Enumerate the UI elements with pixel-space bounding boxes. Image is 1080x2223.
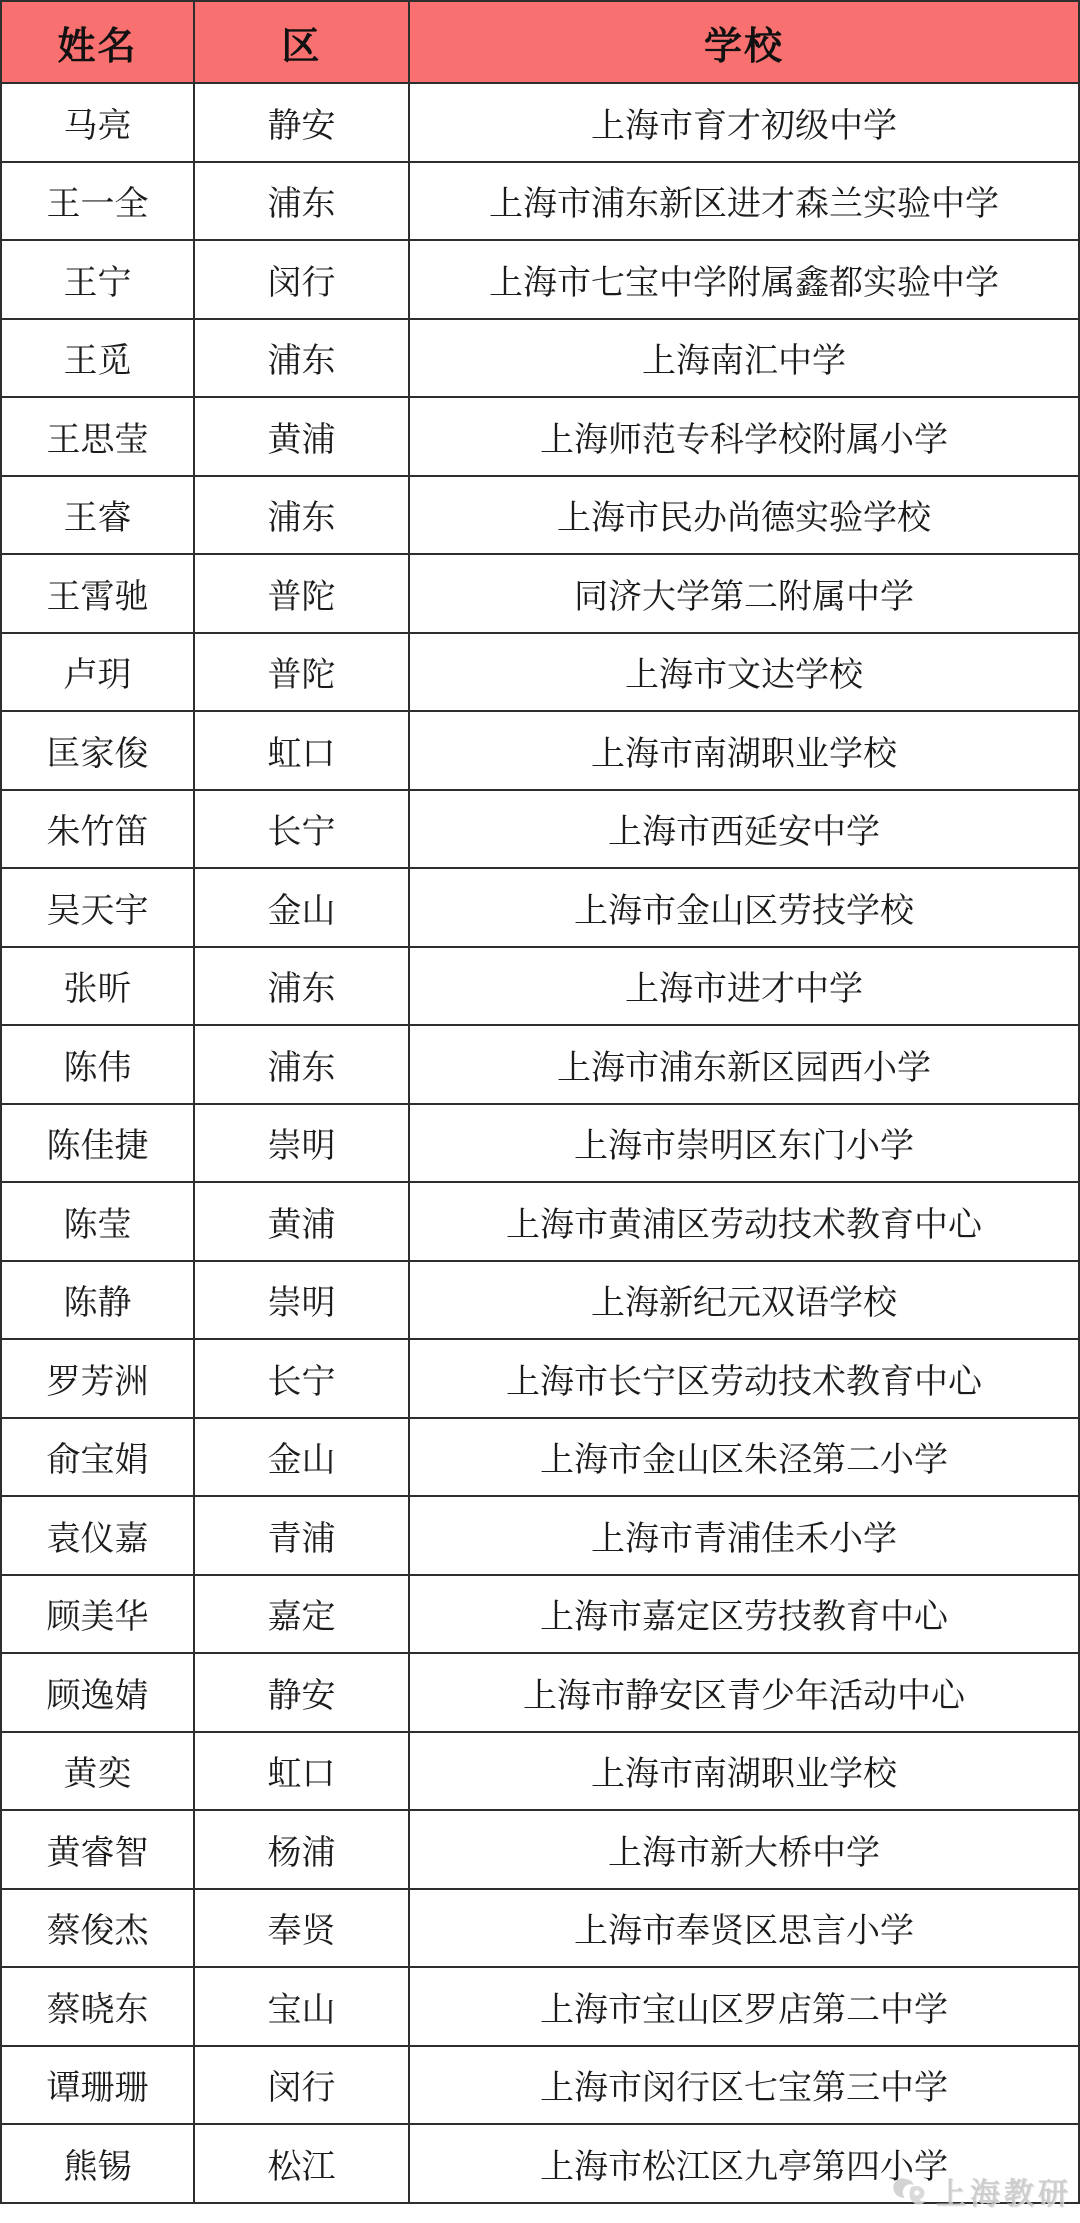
school-cell: 上海市奉贤区思言小学 — [409, 1889, 1079, 1968]
name-cell: 蔡俊杰 — [1, 1889, 194, 1968]
school-cell: 上海市闵行区七宝第三中学 — [409, 2046, 1079, 2125]
district-cell: 虹口 — [194, 1732, 409, 1811]
table-row: 吴天宇金山上海市金山区劳技学校 — [1, 868, 1079, 947]
table-row: 罗芳洲长宁上海市长宁区劳动技术教育中心 — [1, 1339, 1079, 1418]
table-row: 王一全浦东上海市浦东新区进才森兰实验中学 — [1, 162, 1079, 241]
district-cell: 黄浦 — [194, 397, 409, 476]
name-cell: 黄奕 — [1, 1732, 194, 1811]
table-header: 姓名 区 学校 — [1, 1, 1079, 83]
school-cell: 上海市西延安中学 — [409, 790, 1079, 869]
district-cell: 长宁 — [194, 790, 409, 869]
district-cell: 普陀 — [194, 554, 409, 633]
school-cell: 上海新纪元双语学校 — [409, 1261, 1079, 1340]
district-cell: 静安 — [194, 1653, 409, 1732]
column-header-school: 学校 — [409, 1, 1079, 83]
school-cell: 上海师范专科学校附属小学 — [409, 397, 1079, 476]
school-cell: 上海市松江区九亭第四小学 — [409, 2124, 1079, 2203]
school-cell: 上海市新大桥中学 — [409, 1810, 1079, 1889]
roster-table: 姓名 区 学校 马亮静安上海市育才初级中学王一全浦东上海市浦东新区进才森兰实验中… — [0, 0, 1080, 2204]
table-row: 匡家俊虹口上海市南湖职业学校 — [1, 711, 1079, 790]
district-cell: 浦东 — [194, 947, 409, 1026]
district-cell: 黄浦 — [194, 1182, 409, 1261]
school-cell: 上海市金山区劳技学校 — [409, 868, 1079, 947]
table-row: 卢玥普陀上海市文达学校 — [1, 633, 1079, 712]
table-row: 陈莹黄浦上海市黄浦区劳动技术教育中心 — [1, 1182, 1079, 1261]
school-cell: 上海市金山区朱泾第二小学 — [409, 1418, 1079, 1497]
header-row: 姓名 区 学校 — [1, 1, 1079, 83]
district-cell: 松江 — [194, 2124, 409, 2203]
school-cell: 上海市南湖职业学校 — [409, 1732, 1079, 1811]
district-cell: 青浦 — [194, 1496, 409, 1575]
district-cell: 闵行 — [194, 2046, 409, 2125]
district-cell: 闵行 — [194, 240, 409, 319]
name-cell: 王霄驰 — [1, 554, 194, 633]
table-row: 朱竹笛长宁上海市西延安中学 — [1, 790, 1079, 869]
name-cell: 王睿 — [1, 476, 194, 555]
name-cell: 王宁 — [1, 240, 194, 319]
name-cell: 匡家俊 — [1, 711, 194, 790]
name-cell: 顾美华 — [1, 1575, 194, 1654]
name-cell: 熊锡 — [1, 2124, 194, 2203]
table-row: 谭珊珊闵行上海市闵行区七宝第三中学 — [1, 2046, 1079, 2125]
district-cell: 崇明 — [194, 1261, 409, 1340]
table-row: 顾美华嘉定上海市嘉定区劳技教育中心 — [1, 1575, 1079, 1654]
school-cell: 上海市浦东新区园西小学 — [409, 1025, 1079, 1104]
district-cell: 嘉定 — [194, 1575, 409, 1654]
district-cell: 浦东 — [194, 1025, 409, 1104]
district-cell: 金山 — [194, 868, 409, 947]
district-cell: 奉贤 — [194, 1889, 409, 1968]
name-cell: 王一全 — [1, 162, 194, 241]
school-cell: 上海南汇中学 — [409, 319, 1079, 398]
school-cell: 上海市青浦佳禾小学 — [409, 1496, 1079, 1575]
school-cell: 上海市育才初级中学 — [409, 83, 1079, 162]
table-row: 蔡俊杰奉贤上海市奉贤区思言小学 — [1, 1889, 1079, 1968]
district-cell: 宝山 — [194, 1967, 409, 2046]
school-cell: 上海市黄浦区劳动技术教育中心 — [409, 1182, 1079, 1261]
table-row: 陈静崇明上海新纪元双语学校 — [1, 1261, 1079, 1340]
district-cell: 普陀 — [194, 633, 409, 712]
school-cell: 上海市南湖职业学校 — [409, 711, 1079, 790]
district-cell: 静安 — [194, 83, 409, 162]
table-row: 王思莹黄浦上海师范专科学校附属小学 — [1, 397, 1079, 476]
school-cell: 上海市七宝中学附属鑫都实验中学 — [409, 240, 1079, 319]
table-row: 熊锡松江上海市松江区九亭第四小学 — [1, 2124, 1079, 2203]
school-cell: 上海市静安区青少年活动中心 — [409, 1653, 1079, 1732]
name-cell: 陈静 — [1, 1261, 194, 1340]
name-cell: 顾逸婧 — [1, 1653, 194, 1732]
school-cell: 上海市崇明区东门小学 — [409, 1104, 1079, 1183]
district-cell: 杨浦 — [194, 1810, 409, 1889]
table-row: 马亮静安上海市育才初级中学 — [1, 83, 1079, 162]
name-cell: 王思莹 — [1, 397, 194, 476]
name-cell: 俞宝娟 — [1, 1418, 194, 1497]
school-cell: 上海市民办尚德实验学校 — [409, 476, 1079, 555]
name-cell: 吴天宇 — [1, 868, 194, 947]
name-cell: 袁仪嘉 — [1, 1496, 194, 1575]
name-cell: 陈莹 — [1, 1182, 194, 1261]
school-cell: 上海市文达学校 — [409, 633, 1079, 712]
school-cell: 上海市长宁区劳动技术教育中心 — [409, 1339, 1079, 1418]
district-cell: 金山 — [194, 1418, 409, 1497]
table-row: 陈佳捷崇明上海市崇明区东门小学 — [1, 1104, 1079, 1183]
table-row: 王睿浦东上海市民办尚德实验学校 — [1, 476, 1079, 555]
name-cell: 王觅 — [1, 319, 194, 398]
column-header-district: 区 — [194, 1, 409, 83]
school-cell: 上海市进才中学 — [409, 947, 1079, 1026]
name-cell: 马亮 — [1, 83, 194, 162]
district-cell: 长宁 — [194, 1339, 409, 1418]
school-cell: 上海市嘉定区劳技教育中心 — [409, 1575, 1079, 1654]
name-cell: 张昕 — [1, 947, 194, 1026]
table-row: 王霄驰普陀同济大学第二附属中学 — [1, 554, 1079, 633]
page: 姓名 区 学校 马亮静安上海市育才初级中学王一全浦东上海市浦东新区进才森兰实验中… — [0, 0, 1080, 2223]
district-cell: 浦东 — [194, 319, 409, 398]
table-row: 俞宝娟金山上海市金山区朱泾第二小学 — [1, 1418, 1079, 1497]
district-cell: 崇明 — [194, 1104, 409, 1183]
district-cell: 虹口 — [194, 711, 409, 790]
table-row: 黄奕虹口上海市南湖职业学校 — [1, 1732, 1079, 1811]
district-cell: 浦东 — [194, 162, 409, 241]
table-row: 袁仪嘉青浦上海市青浦佳禾小学 — [1, 1496, 1079, 1575]
school-cell: 同济大学第二附属中学 — [409, 554, 1079, 633]
name-cell: 卢玥 — [1, 633, 194, 712]
name-cell: 陈伟 — [1, 1025, 194, 1104]
name-cell: 黄睿智 — [1, 1810, 194, 1889]
table-row: 王宁闵行上海市七宝中学附属鑫都实验中学 — [1, 240, 1079, 319]
school-cell: 上海市浦东新区进才森兰实验中学 — [409, 162, 1079, 241]
table-body: 马亮静安上海市育才初级中学王一全浦东上海市浦东新区进才森兰实验中学王宁闵行上海市… — [1, 83, 1079, 2203]
table-row: 张昕浦东上海市进才中学 — [1, 947, 1079, 1026]
district-cell: 浦东 — [194, 476, 409, 555]
column-header-name: 姓名 — [1, 1, 194, 83]
name-cell: 罗芳洲 — [1, 1339, 194, 1418]
name-cell: 谭珊珊 — [1, 2046, 194, 2125]
table-row: 蔡晓东宝山上海市宝山区罗店第二中学 — [1, 1967, 1079, 2046]
table-row: 王觅浦东上海南汇中学 — [1, 319, 1079, 398]
table-row: 黄睿智杨浦上海市新大桥中学 — [1, 1810, 1079, 1889]
name-cell: 蔡晓东 — [1, 1967, 194, 2046]
name-cell: 朱竹笛 — [1, 790, 194, 869]
table-row: 顾逸婧静安上海市静安区青少年活动中心 — [1, 1653, 1079, 1732]
table-row: 陈伟浦东上海市浦东新区园西小学 — [1, 1025, 1079, 1104]
name-cell: 陈佳捷 — [1, 1104, 194, 1183]
school-cell: 上海市宝山区罗店第二中学 — [409, 1967, 1079, 2046]
